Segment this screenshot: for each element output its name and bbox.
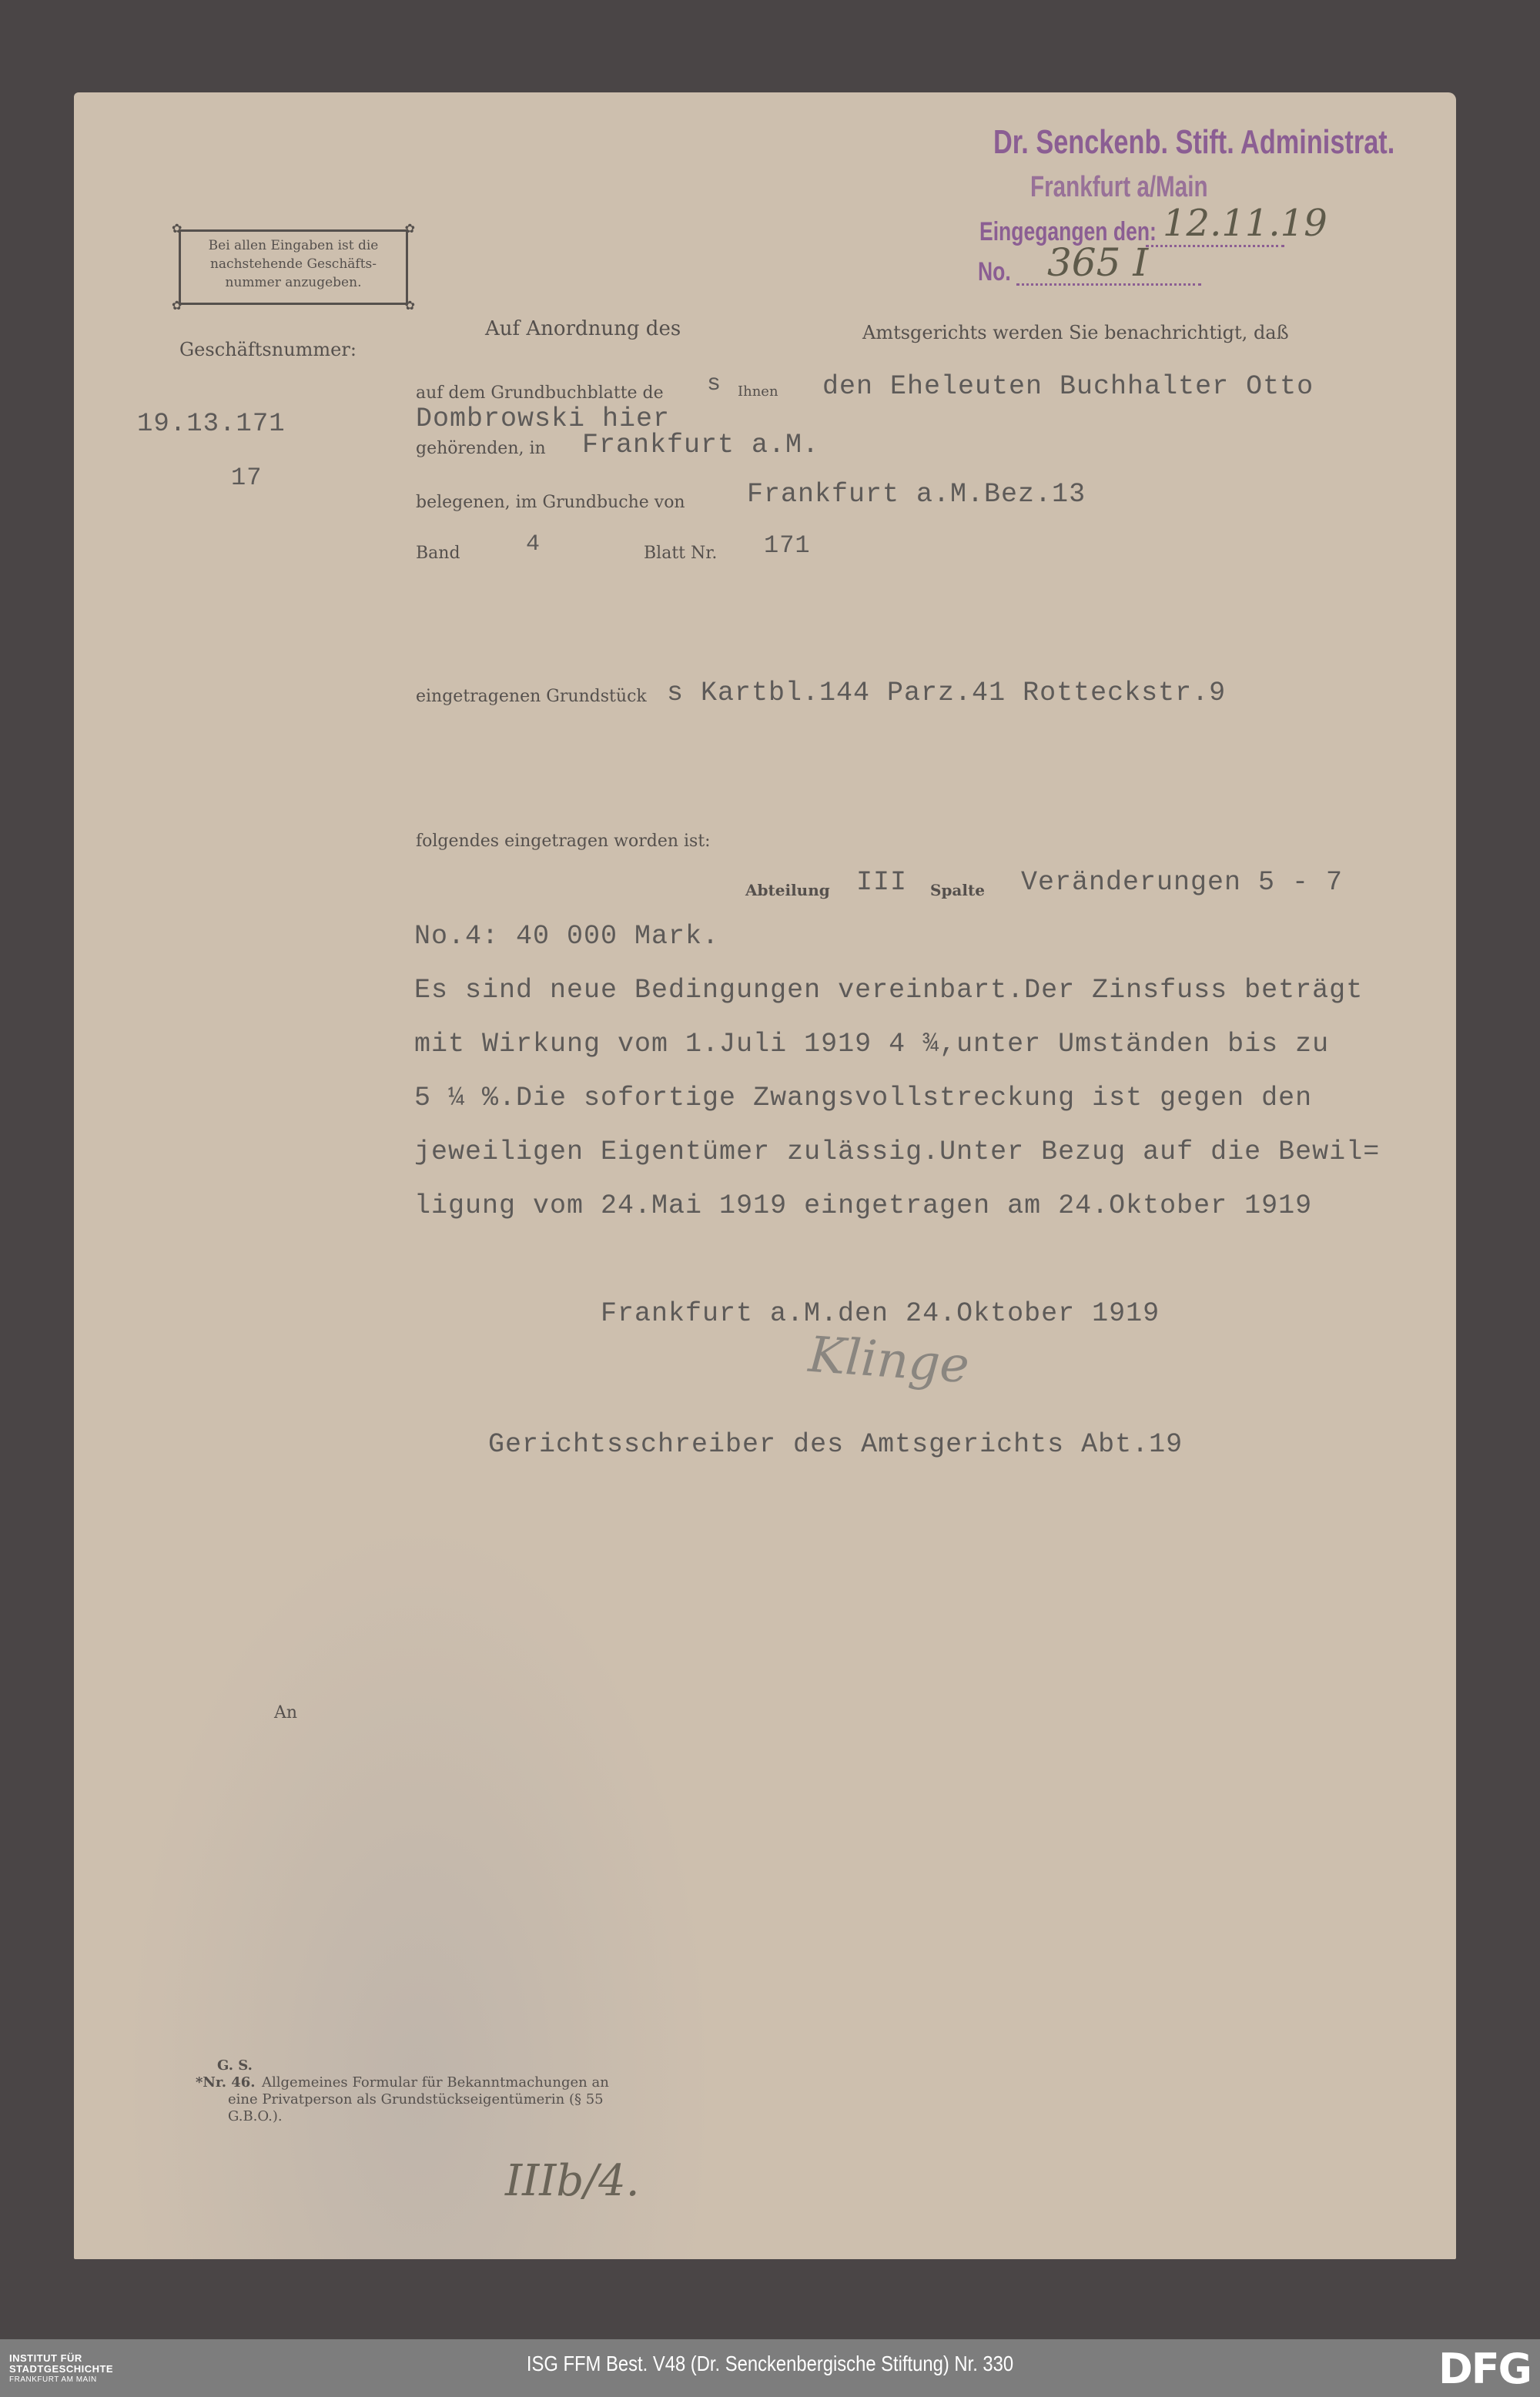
body-line-3: mit Wirkung vom 1.Juli 1919 4 ¾,unter Um… [414, 1029, 1329, 1060]
notice-box: ✿ ✿ ✿ ✿ Bei allen Eingaben ist die nachs… [179, 229, 408, 305]
grundbuchblatte-suffix: s [707, 371, 721, 397]
owners-typed: den Eheleuten Buchhalter Otto [822, 371, 1314, 402]
abteilung-label: Abteilung [745, 881, 830, 899]
form-footer-line-1: Allgemeines Formular für Bekanntmachunge… [262, 2074, 609, 2091]
grundbuchblatte-label: auf dem Grundbuchblatte de [416, 383, 664, 403]
notice-line-2: nachstehende Geschäfts- [181, 255, 406, 273]
body-line-1: No.4: 40 000 Mark. [414, 921, 719, 952]
form-footer-line-3: G.B.O.). [228, 2108, 283, 2124]
gehoerenden-label: gehörenden, in [416, 439, 546, 458]
an-label: An [274, 1703, 297, 1722]
notice-line-1: Bei allen Eingaben ist die [181, 236, 406, 255]
handwritten-note: IIIb/4. [505, 2156, 640, 2206]
abteilung-value: III [856, 867, 907, 898]
grundstueck-value: s Kartbl.144 Parz.41 Rotteckstr.9 [667, 678, 1226, 708]
stamp-line-1: Dr. Senckenb. Stift. Administrat. [993, 123, 1394, 162]
ornament-icon: ✿ [405, 300, 415, 312]
archive-caption: ISG FFM Best. V48 (Dr. Senckenbergische … [115, 2352, 1424, 2376]
form-footer-line-2: eine Privatperson als Grundstückseigentü… [228, 2091, 604, 2107]
ornament-icon: ✿ [405, 223, 415, 235]
form-nr: *Nr. 46. [196, 2074, 256, 2091]
institute-line-3: FRANKFURT AM MAIN [9, 2375, 113, 2385]
case-number-label: Geschäftsnummer: [179, 339, 357, 360]
stamp-line-2: Frankfurt a/Main [1030, 171, 1208, 204]
notice-line-3: nummer anzugeben. [181, 273, 406, 292]
gehoerenden-value: Frankfurt a.M. [582, 430, 819, 460]
signature: Klinge [807, 1327, 971, 1394]
belegenen-value: Frankfurt a.M.Bez.13 [747, 479, 1086, 510]
case-number-sub: 17 [231, 464, 262, 492]
place-date: Frankfurt a.M.den 24.Oktober 1919 [601, 1298, 1160, 1329]
folgendes-label: folgendes eingetragen worden ist: [416, 832, 711, 851]
institute-line-2: STADTGESCHICHTE [9, 2364, 113, 2375]
ornament-icon: ✿ [172, 300, 182, 312]
intro-a: Auf Anordnung des [485, 317, 681, 340]
archive-footer: INSTITUT FÜR STADTGESCHICHTE FRANKFURT A… [0, 2339, 1540, 2397]
intro-b: Amtsgerichts werden Sie benachrichtigt, … [862, 322, 1289, 343]
spalte-value: Veränderungen 5 - 7 [1021, 867, 1343, 898]
dfg-logo: DFG [1438, 2348, 1531, 2390]
form-gs: G. S. [217, 2057, 253, 2074]
ornament-icon: ✿ [172, 223, 182, 235]
signatory: Gerichtsschreiber des Amtsgerichts Abt.1… [488, 1429, 1183, 1460]
grundstueck-label: eingetragenen Grundstück [416, 687, 647, 706]
body-line-2: Es sind neue Bedingungen vereinbart.Der … [414, 975, 1363, 1006]
band-value: 4 [526, 531, 541, 557]
case-number-value: 19.13.171 [137, 410, 286, 439]
spalte-label: Spalte [930, 881, 985, 899]
blatt-value: 171 [764, 531, 811, 560]
blatt-label: Blatt Nr. [644, 544, 717, 563]
institute-line-1: INSTITUT FÜR [9, 2353, 113, 2364]
stamp-received-line [1146, 245, 1284, 247]
body-line-6: ligung vom 24.Mai 1919 eingetragen am 24… [414, 1190, 1312, 1221]
institute-logo: INSTITUT FÜR STADTGESCHICHTE FRANKFURT A… [9, 2353, 113, 2385]
belegenen-label: belegenen, im Grundbuche von [416, 493, 685, 512]
stamp-received-date: 12.11.19 [1163, 202, 1327, 245]
stamp-number-label: No. [978, 257, 1011, 287]
handwritten-ihnen: Ihnen [738, 383, 778, 400]
body-line-4: 5 ¼ %.Die sofortige Zwangsvollstreckung … [414, 1083, 1312, 1113]
band-label: Band [416, 544, 460, 563]
body-line-5: jeweiligen Eigentümer zulässig.Unter Bez… [414, 1137, 1380, 1167]
stamp-number-value: 365 I [1047, 240, 1148, 285]
